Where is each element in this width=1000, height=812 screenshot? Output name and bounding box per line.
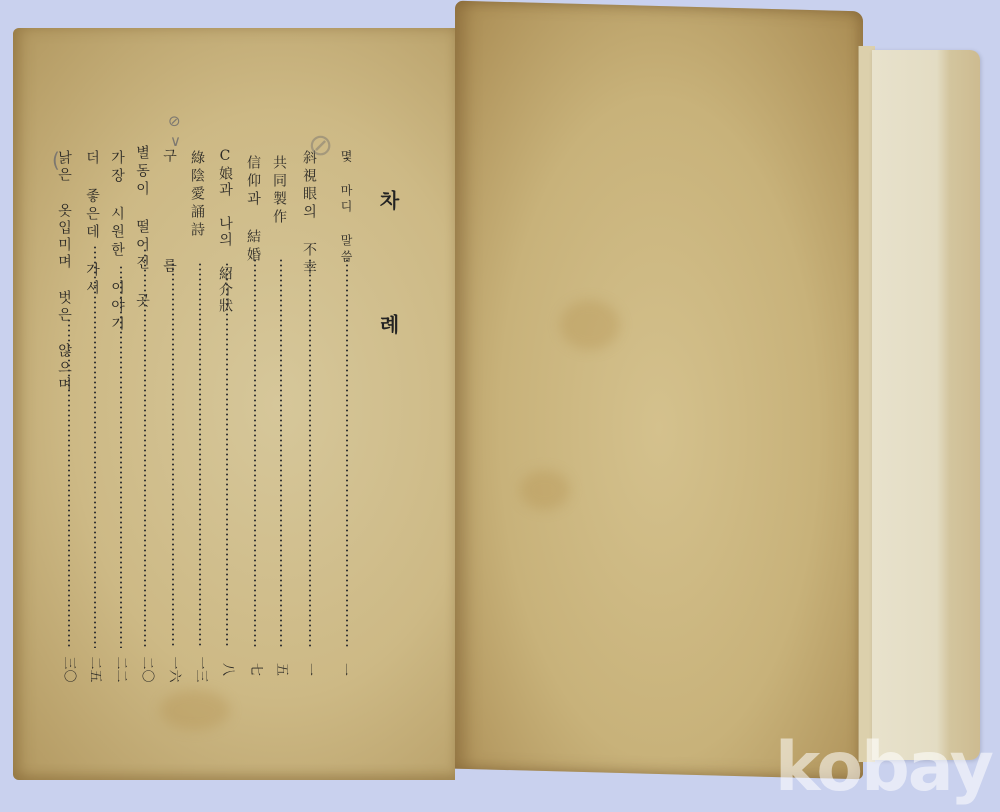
toc-entry-title: 별동이 떨어진 곳 (135, 145, 149, 311)
leader-dots (172, 262, 174, 648)
toc-page-number: 八 (220, 663, 239, 676)
toc-page-number: 二五 (88, 656, 107, 682)
leader-dots (94, 245, 96, 648)
pencil-mark: ( (52, 148, 60, 172)
toc-page-number: 二二 (114, 656, 133, 682)
leader-dots (346, 258, 348, 648)
leader-dots (280, 258, 282, 648)
leader-dots (68, 318, 70, 648)
toc-page-number: 一 (337, 663, 356, 676)
pencil-mark: ⊘ (308, 128, 333, 163)
right-page-blank (455, 1, 863, 780)
toc-entry-title: 더 좋은데 가서 (85, 150, 99, 298)
leader-dots (120, 265, 122, 648)
toc-page-number: 二〇 (140, 656, 159, 682)
pencil-mark: ∨ (170, 132, 181, 150)
toc-entry-title: C娘과 나의 紹介狀 (218, 148, 232, 314)
paper-stain (520, 470, 570, 510)
leader-dots (254, 258, 256, 648)
paper-stain (160, 690, 230, 730)
toc-page-number: 七 (248, 663, 267, 676)
leader-dots (144, 248, 146, 648)
kobay-watermark: kobay (775, 728, 992, 807)
toc-page-number: 一 (302, 663, 321, 676)
cover-flap (872, 50, 980, 760)
leader-dots (226, 262, 228, 648)
pencil-mark: ⊘ (168, 112, 181, 130)
paper-stain (560, 300, 620, 350)
toc-entry-title: 共同製作 (272, 155, 286, 227)
toc-entry-title: 몇 마디 말씀 (340, 150, 352, 266)
toc-entry-title: 信仰과 結婚 (246, 155, 260, 265)
toc-page-number: 一三 (194, 656, 213, 682)
leader-dots (309, 258, 311, 648)
toc-title: 차 례 (378, 190, 398, 374)
toc-entry-title: 綠陰愛誦詩 (190, 150, 204, 240)
toc-page-number: 五 (274, 663, 293, 676)
toc-page-number: 一六 (167, 656, 186, 682)
toc-page-number: 三〇 (62, 656, 81, 682)
leader-dots (199, 262, 201, 648)
